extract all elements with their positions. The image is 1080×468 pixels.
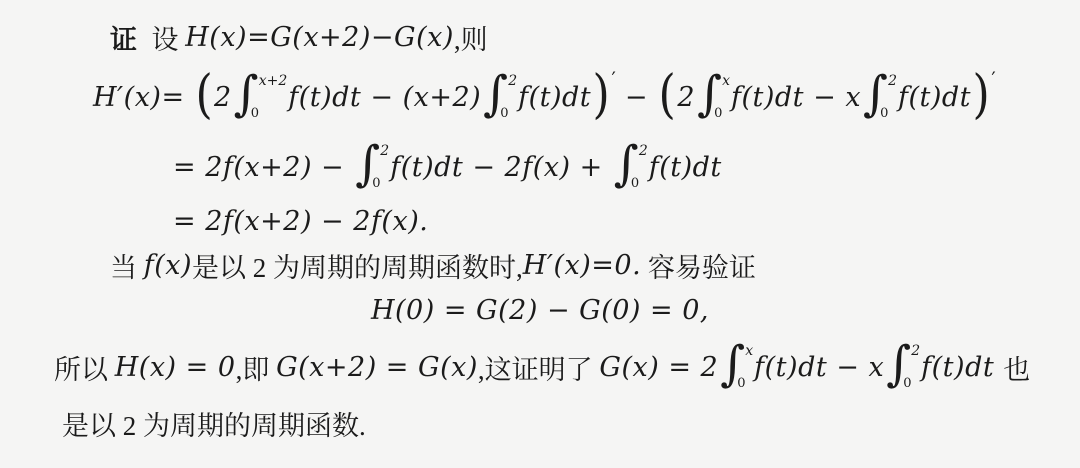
math-run: f(x) [144,250,192,281]
math-run: f(t)dt [921,352,1003,383]
integral-limits: x+20 [259,72,288,122]
math-run: f(t)dt − x [754,352,884,383]
derivative-simplify-line: = 2f(x+2) − ∫20f(t)dt − 2f(x) + ∫20f(t)d… [173,134,1080,200]
math-run: H(x) = 0 [115,352,236,383]
conclusion-continuation-line: 是以 2 为周期的周期函数. [62,402,1080,444]
integral-upper-limit: 2 [911,344,920,358]
integral: ∫20 [614,142,648,192]
integral: ∫x0 [697,72,730,122]
integral-upper-limit: x [745,344,753,358]
math-run: H(x)=G(x+2)−G(x) [185,22,454,53]
integral: ∫20 [863,72,897,122]
h-zero-equation-line: H(0) = G(2) − G(0) = 0, [0,288,1080,332]
integral: ∫20 [886,342,920,392]
right-big-paren: ) [593,69,610,121]
math-run: f(t)dt − (x+2) [288,82,481,113]
integral-upper-limit: 2 [639,144,648,158]
integral: ∫x0 [720,342,753,392]
chinese-text-run: ,即 [236,348,277,387]
math-run: G(x) = 2 [599,352,718,383]
conclusion-line: 所以 H(x) = 0,即 G(x+2) = G(x),这证明了 G(x) = … [54,332,1080,402]
math-run: = 2f(x+2) − 2f(x). [173,206,428,237]
math-run: H′(x)=0. [523,250,641,281]
integral-sign: ∫ [697,70,722,118]
integral-limits: 20 [888,72,897,122]
chinese-text-run: ,则 [454,18,488,57]
integral: ∫20 [355,142,389,192]
proof-setup-line: 证 设 H(x)=G(x+2)−G(x),则 [110,0,1080,60]
left-big-paren: ( [659,69,676,121]
prime-superscript: ′ [991,68,995,90]
integral-sign: ∫ [614,140,639,188]
integral-limits: 20 [380,142,389,192]
integral-upper-limit: x+2 [259,74,288,88]
chinese-text-run: 是以 2 为周期的周期函数. [62,404,366,443]
chinese-text-run: 设 [138,18,185,57]
math-run: 2 [677,82,695,113]
integral-upper-limit: 2 [508,74,517,88]
periodicity-argument-line: 当 f(x)是以 2 为周期的周期函数时,H′(x)=0. 容易验证 [110,242,1080,288]
math-run: f(t)dt − x [731,82,861,113]
integral-sign: ∫ [483,70,508,118]
derivative-result-line: = 2f(x+2) − 2f(x). [173,200,1080,242]
integral-sign: ∫ [234,70,259,118]
math-run: f(t)dt [649,152,722,183]
integral-sign: ∫ [886,340,911,388]
integral-limits: 20 [639,142,648,192]
math-run: − [616,82,657,113]
proof-keyword: 证 [110,18,138,57]
math-run: H′(x)= [93,82,194,113]
chinese-text-run: ,这证明了 [478,348,600,387]
chinese-text-run: 容易验证 [641,246,756,285]
chinese-text-run: 所以 [54,348,115,387]
integral-limits: 20 [911,342,920,392]
integral: ∫20 [483,72,517,122]
chinese-text-run: 也 [1003,348,1030,387]
math-run: f(t)dt − 2f(x) + [390,152,612,183]
math-run: f(t)dt [898,82,971,113]
math-run: 2 [214,82,232,113]
chinese-text-run: 当 [110,246,144,285]
integral-sign: ∫ [355,140,380,188]
math-run: G(x+2) = G(x) [276,352,478,383]
left-big-paren: ( [195,69,212,121]
math-run: f(t)dt [518,82,591,113]
integral-limits: 20 [508,72,517,122]
integral: ∫x+20 [234,72,288,122]
integral-sign: ∫ [863,70,888,118]
integral-upper-limit: 2 [888,74,897,88]
integral-upper-limit: x [722,74,730,88]
math-run: = 2f(x+2) − [173,152,353,183]
math-run: H(0) = G(2) − G(0) = 0, [371,295,709,326]
integral-limits: x0 [722,72,730,122]
integral-upper-limit: 2 [380,144,389,158]
chinese-text-run: 是以 2 为周期的周期函数时, [192,246,523,285]
integral-sign: ∫ [720,340,745,388]
right-big-paren: ) [973,69,990,121]
derivative-expansion-line: H′(x)= (2∫x+20f(t)dt − (x+2)∫20f(t)dt)′ … [93,60,1080,134]
textbook-page: 证 设 H(x)=G(x+2)−G(x),则 H′(x)= (2∫x+20f(t… [0,0,1080,468]
integral-limits: x0 [745,342,753,392]
